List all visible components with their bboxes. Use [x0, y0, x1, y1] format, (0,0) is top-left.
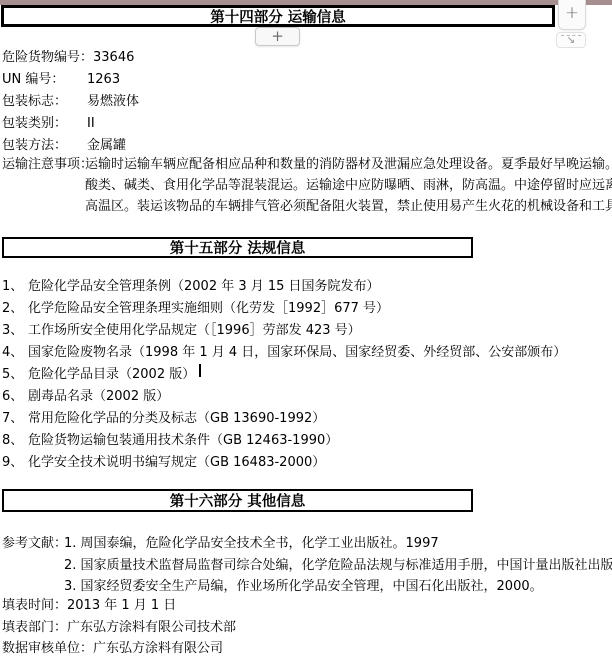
list-item-text: 化学危险品安全管理条理实施细则（化劳发［1992］677 号） — [28, 298, 389, 320]
list-item-number: 9、 — [2, 452, 28, 474]
list-item: 3、工作场所安全使用化学品规定（［1996］劳部发 423 号） — [2, 320, 566, 342]
list-item-number: 7、 — [2, 408, 28, 430]
field-value: II — [87, 116, 95, 131]
list-item-number: 6、 — [2, 386, 28, 408]
text-cursor — [199, 364, 201, 377]
field-label: 包装标志： — [2, 91, 87, 113]
list-item: 2、化学危险品安全管理条理实施细则（化劳发［1992］677 号） — [2, 298, 566, 320]
list-item-text: 常用危险化学品的分类及标志（GB 13690-1992） — [28, 408, 325, 430]
field-value: 金属罐 — [87, 138, 126, 153]
field-label: UN 编号： — [2, 69, 87, 91]
field-value: 广东弘方涂料有限公司 — [93, 641, 223, 656]
list-item: 6、剧毒品名录（2002 版） — [2, 386, 566, 408]
section-14-header: 第十四部分 运输信息 — [1, 5, 555, 27]
list-item-text: 危险货物运输包装通用技术条件（GB 12463-1990） — [28, 430, 338, 452]
list-item: 5、危险化学品目录（2002 版） — [2, 364, 566, 386]
field-value: 33646 — [93, 50, 134, 65]
notes-line: 运输时运输车辆应配备相应品种和数量的消防器材及泄漏应急处理设备。夏季最好早晚运输… — [85, 154, 612, 175]
notes-line: 酸类、碱类、食用化学品等混装混运。运输途中应防曝晒、雨淋，防高温。中途停留时应远… — [85, 175, 612, 196]
resize-arrow-icon: ↘ — [567, 36, 575, 46]
field-row: UN 编号：1263 — [2, 69, 139, 91]
footer-fields: 填表时间：2013 年 1 月 1 日 填表部门：广东弘方涂料有限公司技术部 数… — [2, 595, 236, 660]
field-row: 危险货物编号：33646 — [2, 47, 139, 69]
list-item-text: 工作场所安全使用化学品规定（［1996］劳部发 423 号） — [28, 320, 361, 342]
section-15-title: 第十五部分 法规信息 — [170, 237, 306, 258]
section-16-title: 第十六部分 其他信息 — [170, 490, 306, 511]
references-block: 参考文献： 1. 周国泰编，危险化学品安全技术全书，化学工业出版社。1997 2… — [2, 533, 612, 598]
transport-notes: 运输注意事项： 运输时运输车辆应配备相应品种和数量的消防器材及泄漏应急处理设备。… — [2, 154, 612, 217]
section-16-header: 第十六部分 其他信息 — [2, 489, 473, 512]
field-row: 包装类别：II — [2, 113, 139, 135]
list-item-number: 1、 — [2, 276, 28, 298]
list-item-number: 4、 — [2, 342, 28, 364]
field-row: 填表部门：广东弘方涂料有限公司技术部 — [2, 617, 236, 639]
list-item: 9、化学安全技术说明书编写规定（GB 16483-2000） — [2, 452, 566, 474]
references-list: 1. 周国泰编，危险化学品安全技术全书，化学工业出版社。1997 2. 国家质量… — [64, 533, 612, 598]
references-label: 参考文献： — [2, 533, 64, 598]
notes-text: 运输时运输车辆应配备相应品种和数量的消防器材及泄漏应急处理设备。夏季最好早晚运输… — [85, 154, 612, 217]
list-item-number: 2、 — [2, 298, 28, 320]
insert-button[interactable]: + — [255, 27, 300, 46]
list-item-text: 化学安全技术说明书编写规定（GB 16483-2000） — [28, 452, 325, 474]
list-item-text: 危险化学品目录（2002 版） — [28, 364, 195, 386]
field-label: 填表时间： — [2, 598, 67, 613]
section-15-header: 第十五部分 法规信息 — [2, 237, 473, 258]
field-row: 包装标志：易燃液体 — [2, 91, 139, 113]
field-value: 广东弘方涂料有限公司技术部 — [67, 620, 236, 635]
list-item: 8、危险货物运输包装通用技术条件（GB 12463-1990） — [2, 430, 566, 452]
field-row: 填表时间：2013 年 1 月 1 日 — [2, 595, 236, 617]
field-label: 数据审核单位： — [2, 641, 93, 656]
notes-label: 运输注意事项： — [2, 154, 85, 217]
list-item-number: 8、 — [2, 430, 28, 452]
document-page[interactable]: 第十四部分 运输信息 + + ↘ 危险货物编号：33646 UN 编号：1263… — [0, 0, 612, 667]
plus-icon: + — [271, 29, 284, 44]
plus-icon: + — [565, 5, 579, 22]
list-item-number: 3、 — [2, 320, 28, 342]
reference-item: 2. 国家质量技术监督局监督司综合处编，化学危险品法规与标准适用手册，中国计量出… — [64, 555, 612, 577]
reference-item: 1. 周国泰编，危险化学品安全技术全书，化学工业出版社。1997 — [64, 533, 612, 555]
list-item-text: 剧毒品名录（2002 版） — [28, 386, 169, 408]
field-value: 易燃液体 — [87, 94, 139, 109]
list-item-text: 危险化学品安全管理条例（2002 年 3 月 15 日国务院发布） — [28, 276, 380, 298]
field-row: 数据审核单位：广东弘方涂料有限公司 — [2, 638, 236, 660]
list-item: 4、国家危险废物名录（1998 年 1 月 4 日，国家环保局、国家经贸委、外经… — [2, 342, 566, 364]
section-14-fields: 危险货物编号：33646 UN 编号：1263 包装标志：易燃液体 包装类别：I… — [2, 47, 139, 157]
field-value: 1263 — [87, 72, 120, 87]
field-label: 包装类别： — [2, 113, 87, 135]
field-label: 填表部门： — [2, 620, 67, 635]
list-item-number: 5、 — [2, 364, 28, 386]
regulation-list: 1、危险化学品安全管理条例（2002 年 3 月 15 日国务院发布） 2、化学… — [2, 276, 566, 474]
field-value: 2013 年 1 月 1 日 — [67, 598, 176, 613]
list-item: 7、常用危险化学品的分类及标志（GB 13690-1992） — [2, 408, 566, 430]
resize-button[interactable]: ↘ — [556, 32, 586, 48]
section-14-title: 第十四部分 运输信息 — [210, 6, 346, 27]
scroll-plus-button[interactable]: + — [558, 0, 586, 30]
notes-line: 高温区。装运该物品的车辆排气管必须配备阻火装置，禁止使用易产生火花的机械设备和工… — [85, 196, 612, 217]
list-item-text: 国家危险废物名录（1998 年 1 月 4 日，国家环保局、国家经贸委、外经贸部… — [28, 342, 566, 364]
list-item: 1、危险化学品安全管理条例（2002 年 3 月 15 日国务院发布） — [2, 276, 566, 298]
field-label: 危险货物编号： — [2, 47, 93, 69]
